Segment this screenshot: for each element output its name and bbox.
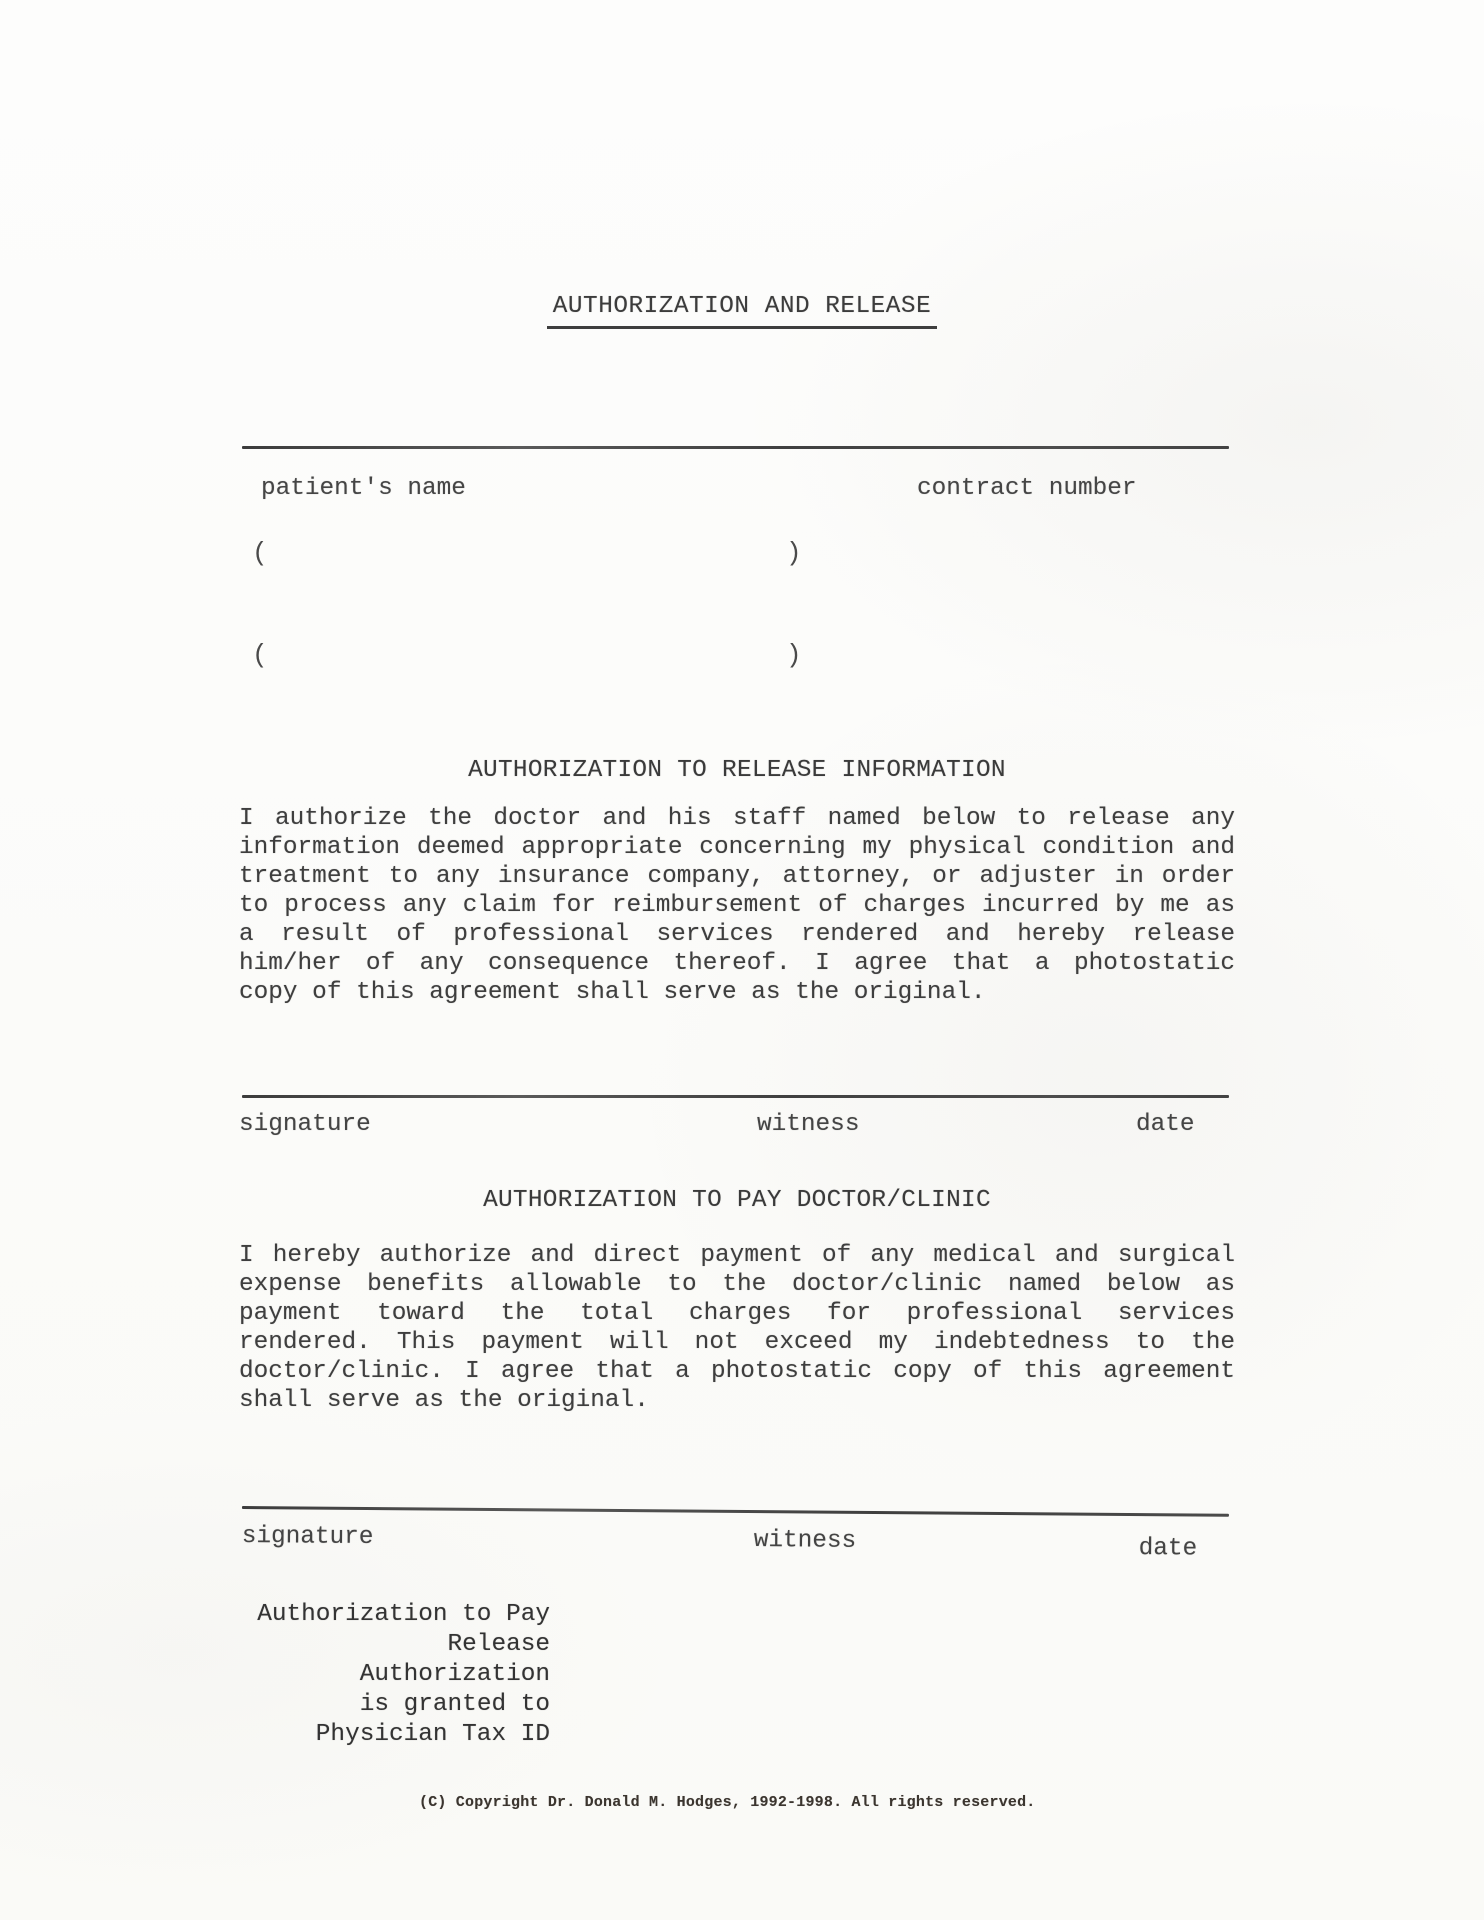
phone-close-paren-1: )	[786, 538, 802, 568]
date-label: date	[1139, 1534, 1198, 1563]
grant-line: Release Authorization	[250, 1630, 550, 1690]
paragraph-line: copy of this agreement shall serve as th…	[239, 978, 1235, 1007]
document-title: AUTHORIZATION AND RELEASE	[547, 293, 937, 329]
signature-label: signature	[242, 1522, 374, 1552]
paragraph-line: rendered. This payment will not exceed m…	[239, 1328, 1235, 1357]
paragraph-line: I hereby authorize and direct payment of…	[239, 1241, 1235, 1270]
phone-close-paren-2: )	[786, 640, 802, 670]
signature-label-row-1: signature witness date	[239, 1110, 1229, 1142]
pay-section-paragraph: I hereby authorize and direct payment of…	[239, 1241, 1235, 1415]
witness-label: witness	[754, 1526, 857, 1556]
patient-name-label: patient's name	[261, 474, 466, 503]
document-title-row: AUTHORIZATION AND RELEASE	[0, 293, 1484, 329]
signature-label: signature	[239, 1110, 371, 1139]
signature-fill-line-1	[242, 1095, 1229, 1098]
scanned-form-page: AUTHORIZATION AND RELEASE patient's name…	[0, 0, 1484, 1920]
grant-line: Authorization to Pay	[250, 1600, 550, 1630]
date-label: date	[1136, 1110, 1195, 1139]
paragraph-line: payment toward the total charges for pro…	[239, 1299, 1235, 1328]
paragraph-line: to process any claim for reimbursement o…	[239, 891, 1235, 920]
paragraph-line: him/her of any consequence thereof. I ag…	[239, 949, 1235, 978]
paragraph-line: treatment to any insurance company, atto…	[239, 862, 1235, 891]
contract-number-label: contract number	[917, 474, 1137, 503]
grant-statement-block: Authorization to Pay Release Authorizati…	[250, 1600, 550, 1750]
release-section-paragraph: I authorize the doctor and his staff nam…	[239, 804, 1235, 1007]
copyright-notice: (C) Copyright Dr. Donald M. Hodges, 1992…	[419, 1794, 1036, 1812]
paragraph-line: I authorize the doctor and his staff nam…	[239, 804, 1235, 833]
phone-open-paren-1: (	[252, 538, 268, 568]
paragraph-line: a result of professional services render…	[239, 920, 1235, 949]
grant-line: Physician Tax ID	[250, 1720, 550, 1750]
signature-label-row-2: signature witness date	[242, 1522, 1232, 1562]
signature-fill-line-2	[242, 1506, 1229, 1517]
paragraph-line: doctor/clinic. I agree that a photostati…	[239, 1357, 1235, 1386]
paragraph-line: information deemed appropriate concernin…	[239, 833, 1235, 862]
paragraph-line: expense benefits allowable to the doctor…	[239, 1270, 1235, 1299]
patient-contract-fill-line	[242, 446, 1229, 449]
pay-section-heading: AUTHORIZATION TO PAY DOCTOR/CLINIC	[239, 1186, 1235, 1215]
signature-block-2: signature witness date	[242, 1506, 1232, 1574]
witness-label: witness	[757, 1110, 859, 1139]
grant-line: is granted to	[250, 1690, 550, 1720]
paragraph-line: shall serve as the original.	[239, 1386, 1235, 1415]
phone-open-paren-2: (	[252, 640, 268, 670]
release-section-heading: AUTHORIZATION TO RELEASE INFORMATION	[239, 756, 1235, 785]
